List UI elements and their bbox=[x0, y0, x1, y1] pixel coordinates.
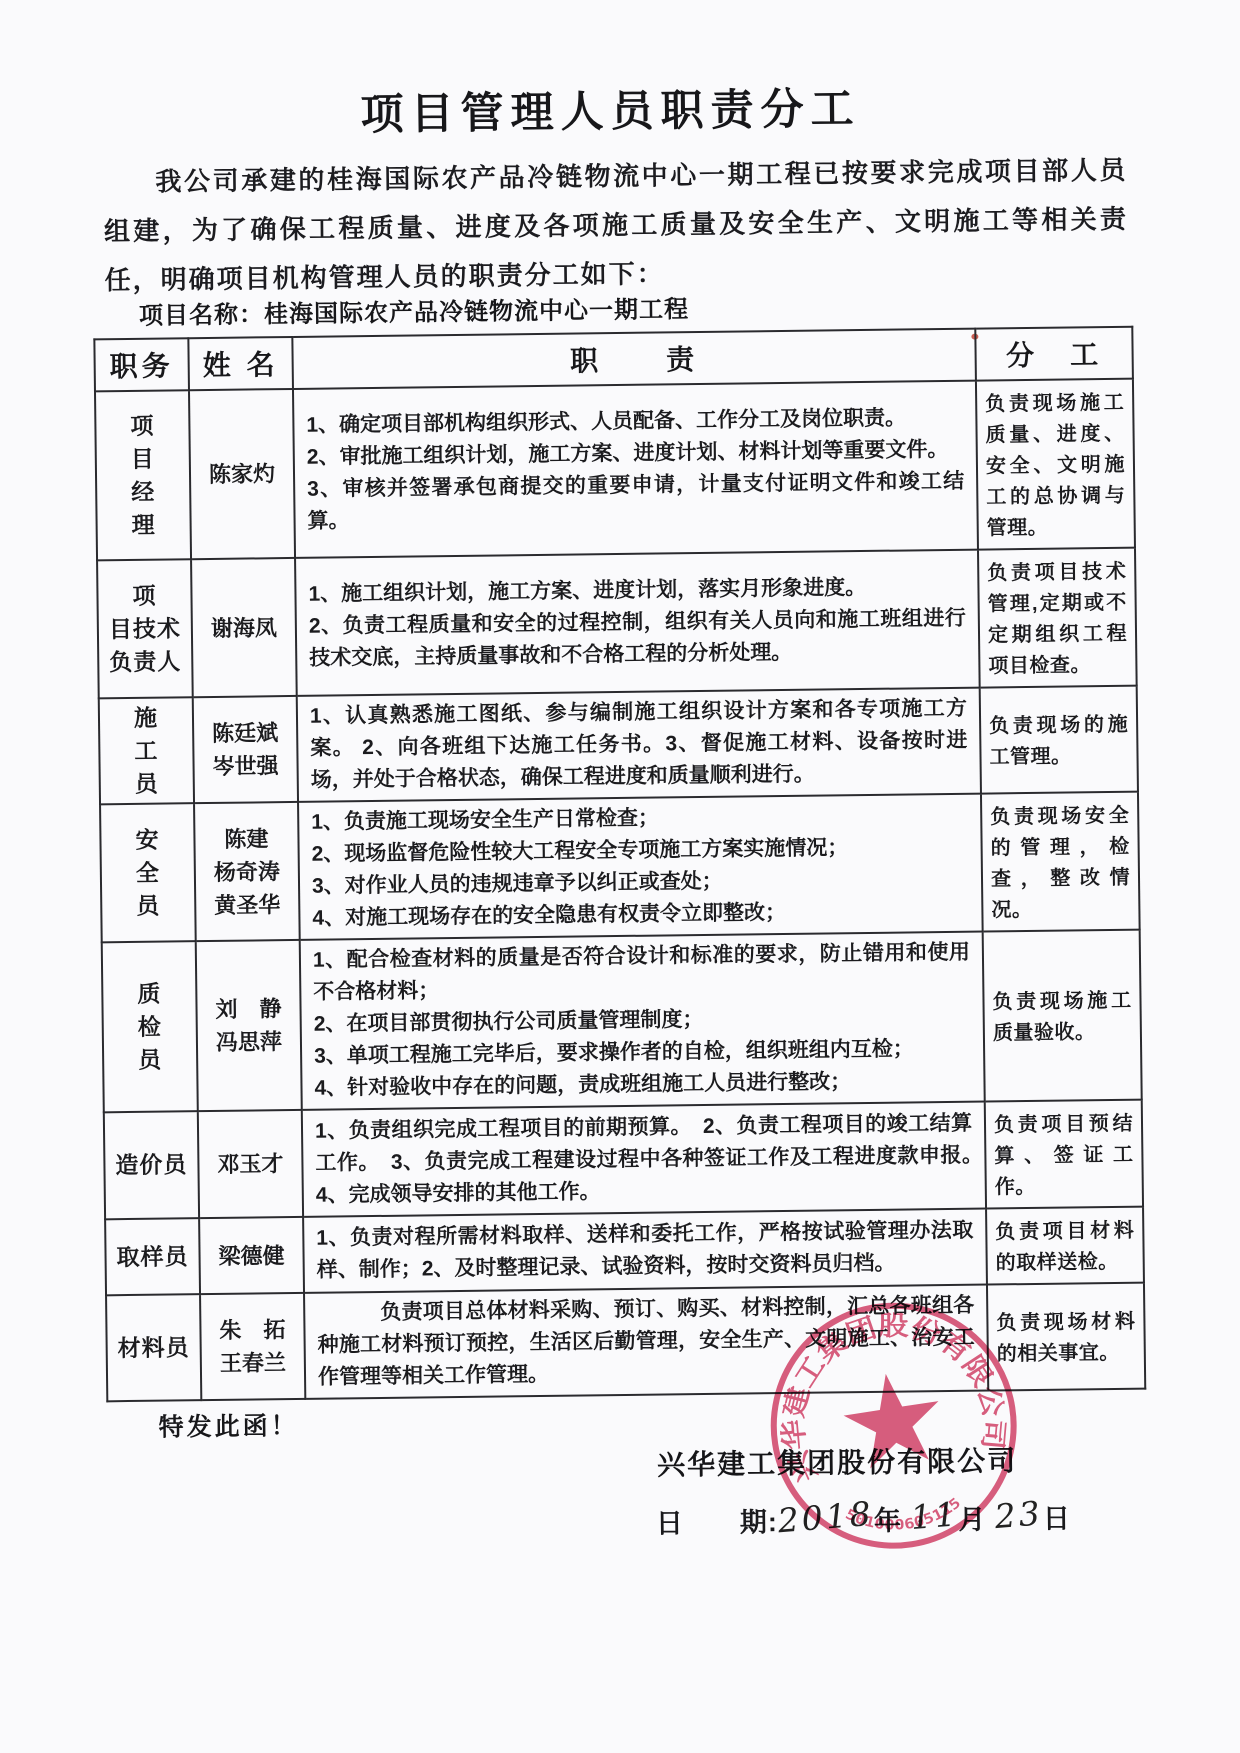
name-cell: 朱 拓 王春兰 bbox=[200, 1293, 305, 1400]
duty-cell: 1、配合检查材料的质量是否符合设计和标准的要求，防止错用和使用不合格材料； 2、… bbox=[300, 932, 985, 1110]
duty-cell: 1、确定项目部机构组织形式、人员配备、工作分工及岗位职责。 2、审批施工组织计划… bbox=[293, 381, 978, 558]
division-cell: 负责现场的施工管理。 bbox=[980, 686, 1138, 794]
date-label-day: 日 bbox=[656, 1508, 684, 1538]
date-label: 期: bbox=[740, 1507, 778, 1537]
duty-cell: 1、负责对程所需材料取样、送样和委托工作，严格按试验管理办法取样、制作；2、及时… bbox=[303, 1209, 987, 1293]
duty-cell: 1、负责施工现场安全生产日常检查； 2、现场监督危险性较大工程安全专项施工方案实… bbox=[298, 794, 983, 940]
role-cell: 材料员 bbox=[106, 1294, 201, 1401]
header-duty: 职 责 bbox=[292, 329, 976, 389]
role-cell: 质 检 员 bbox=[102, 941, 198, 1112]
role-cell: 施 工 员 bbox=[99, 697, 194, 804]
seal-star-icon bbox=[838, 1367, 947, 1472]
division-cell: 负责现场安全的管理，检查，整改情况。 bbox=[981, 792, 1140, 932]
header-role: 职务 bbox=[94, 338, 189, 391]
name-cell: 谢海凤 bbox=[191, 558, 297, 697]
role-cell: 项 目 经 理 bbox=[95, 390, 191, 560]
name-cell: 梁德健 bbox=[199, 1217, 304, 1294]
division-cell: 负责项目技术管理,定期或不定期组织工程项目检查。 bbox=[978, 548, 1137, 688]
name-cell: 陈廷斌 岑世强 bbox=[193, 696, 298, 803]
role-cell: 项 目技术 负责人 bbox=[97, 559, 193, 698]
name-cell: 陈建 杨奇涛 黄圣华 bbox=[194, 802, 300, 941]
duty-cell: 1、施工组织计划，施工方案、进度计划，落实月形象进度。 2、负责工程质量和安全的… bbox=[295, 550, 980, 696]
scanned-document-page: 项目管理人员职责分工 我公司承建的桂海国际农产品冷链物流中心一期工程已按要求完成… bbox=[0, 0, 1240, 1753]
project-name-line: 项目名称：桂海国际农产品冷链物流中心一期工程 bbox=[139, 289, 689, 331]
division-cell: 负责项目预结算、签证工作。 bbox=[985, 1100, 1143, 1209]
role-cell: 安 全 员 bbox=[100, 803, 196, 942]
duty-cell: 1、认真熟悉施工图纸、参与编制施工组织设计方案和各专项施工方案。 2、向各班组下… bbox=[297, 688, 981, 802]
intro-paragraph: 我公司承建的桂海国际农产品冷链物流中心一期工程已按要求完成项目部人员组建，为了确… bbox=[103, 146, 1129, 305]
day-suffix: 日 bbox=[1043, 1504, 1071, 1534]
document-content: 项目管理人员职责分工 我公司承建的桂海国际农产品冷链物流中心一期工程已按要求完成… bbox=[0, 0, 1240, 1753]
responsibility-table: 职务 姓 名 职 责 分 工 项 目 经 理 陈家灼 1、确定项目部机构组织形式… bbox=[93, 326, 1146, 1403]
name-cell: 邓玉才 bbox=[198, 1110, 303, 1218]
name-cell: 刘 静 冯思萍 bbox=[196, 940, 302, 1111]
table-row: 造价员 邓玉才 1、负责组织完成工程项目的前期预算。 2、负责工程项目的竣工结算… bbox=[104, 1100, 1143, 1220]
duty-cell: 1、负责组织完成工程项目的前期预算。 2、负责工程项目的竣工结算工作。 3、负责… bbox=[302, 1102, 986, 1217]
header-name: 姓 名 bbox=[188, 337, 293, 390]
division-cell: 负责现场施工质量验收。 bbox=[983, 930, 1142, 1102]
table-row: 质 检 员 刘 静 冯思萍 1、配合检查材料的质量是否符合设计和标准的要求，防止… bbox=[102, 930, 1142, 1113]
closing-line: 特发此函！ bbox=[158, 1406, 298, 1444]
header-division: 分 工 bbox=[975, 327, 1133, 381]
table-row: 施 工 员 陈廷斌 岑世强 1、认真熟悉施工图纸、参与编制施工组织设计方案和各专… bbox=[99, 686, 1138, 805]
division-cell: 负责现场施工质量、进度、安全、文明施工的总协调与管理。 bbox=[976, 379, 1135, 550]
table-row: 项 目 经 理 陈家灼 1、确定项目部机构组织形式、人员配备、工作分工及岗位职责… bbox=[95, 379, 1135, 561]
table-row: 项 目技术 负责人 谢海凤 1、施工组织计划，施工方案、进度计划，落实月形象进度… bbox=[97, 548, 1137, 699]
page-title: 项目管理人员职责分工 bbox=[0, 70, 1231, 146]
date-gap bbox=[684, 1532, 740, 1533]
division-cell: 负责项目材料的取样送检。 bbox=[986, 1207, 1144, 1285]
role-cell: 取样员 bbox=[105, 1218, 200, 1295]
table-row: 安 全 员 陈建 杨奇涛 黄圣华 1、负责施工现场安全生产日常检查； 2、现场监… bbox=[100, 792, 1140, 943]
role-cell: 造价员 bbox=[104, 1111, 199, 1219]
company-seal-stamp: 兴华建工集团股份有限公司 501000605115 bbox=[747, 1279, 1041, 1573]
name-cell: 陈家灼 bbox=[189, 389, 295, 559]
